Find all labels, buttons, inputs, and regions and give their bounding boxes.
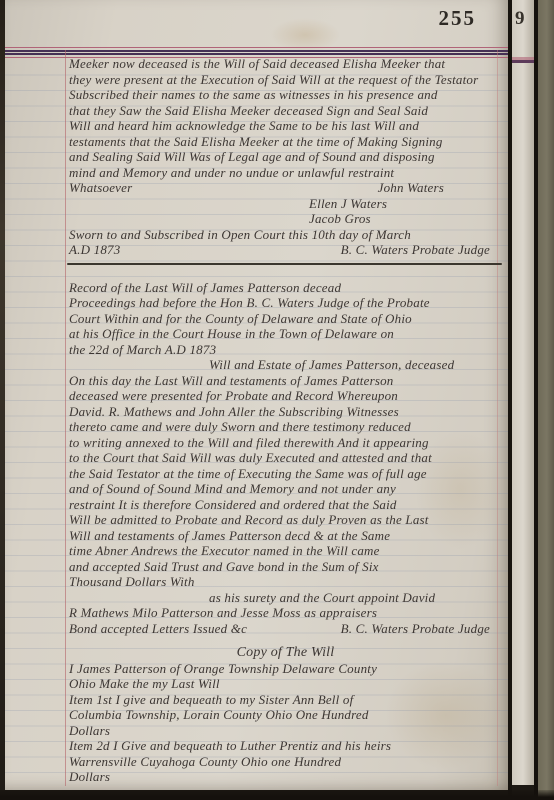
doc-line-text: Subscribed their names to the same as wi… bbox=[69, 87, 438, 102]
doc-line-text: Ellen J Waters bbox=[309, 196, 387, 211]
doc-line-right-text: B. C. Waters Probate Judge bbox=[341, 242, 502, 258]
doc-line-text: Will be admitted to Probate and Record a… bbox=[69, 512, 429, 527]
doc-line: David. R. Mathews and John Aller the Sub… bbox=[69, 404, 502, 420]
doc-line-text: Dollars bbox=[69, 723, 110, 738]
doc-line: time Abner Andrews the Executor named in… bbox=[69, 543, 502, 559]
doc-line: deceased were presented for Probate and … bbox=[69, 388, 502, 404]
doc-line: testaments that the Said Elisha Meeker a… bbox=[69, 134, 502, 150]
doc-line-text: A.D 1873 bbox=[69, 242, 120, 258]
doc-line: Sworn to and Subscribed in Open Court th… bbox=[69, 227, 502, 243]
doc-line-text: On this day the Last Will and testaments… bbox=[69, 373, 394, 388]
doc-line: I James Patterson of Orange Township Del… bbox=[69, 661, 502, 677]
doc-line: that they Saw the Said Elisha Meeker dec… bbox=[69, 103, 502, 119]
doc-line: Warrensville Cuyahoga County Ohio one Hu… bbox=[69, 754, 502, 770]
doc-line: to writing annexed to the Will and filed… bbox=[69, 435, 502, 451]
doc-line: mind and Memory and under no undue or un… bbox=[69, 165, 502, 181]
copy-of-the-will: Copy of The WillI James Patterson of Ora… bbox=[69, 645, 502, 785]
doc-line-text: and of Sound of Sound Mind and Memory an… bbox=[69, 481, 396, 496]
doc-line-text: R Mathews Milo Patterson and Jesse Moss … bbox=[69, 605, 377, 620]
doc-line-text: Warrensville Cuyahoga County Ohio one Hu… bbox=[69, 754, 341, 769]
doc-line-text: David. R. Mathews and John Aller the Sub… bbox=[69, 404, 399, 419]
document-text: Meeker now deceased is the Will of Said … bbox=[69, 56, 502, 785]
doc-line: and of Sound of Sound Mind and Memory an… bbox=[69, 481, 502, 497]
ledger-book: 255 Meeker now deceased is the Will of S… bbox=[0, 0, 554, 800]
doc-line-text: Dollars bbox=[69, 769, 110, 784]
doc-line: Proceedings had before the Hon B. C. Wat… bbox=[69, 295, 502, 311]
doc-line: R Mathews Milo Patterson and Jesse Moss … bbox=[69, 605, 502, 621]
doc-line: as his surety and the Court appoint Davi… bbox=[69, 590, 502, 606]
next-page-sliver: 9 bbox=[512, 0, 534, 785]
doc-line-text: mind and Memory and under no undue or un… bbox=[69, 165, 394, 180]
doc-line: Ellen J Waters bbox=[69, 196, 502, 212]
doc-line-text: Will and testaments of James Patterson d… bbox=[69, 528, 390, 543]
doc-line: Will be admitted to Probate and Record a… bbox=[69, 512, 502, 528]
doc-line-text: Ohio Make the my Last Will bbox=[69, 676, 220, 691]
doc-line: Will and testaments of James Patterson d… bbox=[69, 528, 502, 544]
doc-line: the Said Testator at the time of Executi… bbox=[69, 466, 502, 482]
doc-line-text: the 22d of March A.D 1873 bbox=[69, 342, 216, 357]
doc-line-text: time Abner Andrews the Executor named in… bbox=[69, 543, 380, 558]
doc-line-right-text: John Waters bbox=[378, 180, 502, 196]
doc-line: Meeker now deceased is the Will of Said … bbox=[69, 56, 502, 72]
doc-line-text: Bond accepted Letters Issued &c bbox=[69, 621, 247, 637]
doc-line-text: Court Within and for the County of Delaw… bbox=[69, 311, 412, 326]
doc-line: Subscribed their names to the same as wi… bbox=[69, 87, 502, 103]
doc-line: Dollars bbox=[69, 723, 502, 739]
doc-line-text: Copy of The Will bbox=[237, 645, 335, 660]
doc-line-text: deceased were presented for Probate and … bbox=[69, 388, 398, 403]
doc-line-text: Record of the Last Will of James Patters… bbox=[69, 280, 341, 295]
doc-line-text: Columbia Township, Lorain County Ohio On… bbox=[69, 707, 369, 722]
doc-line-text: Thousand Dollars With bbox=[69, 574, 195, 589]
doc-line: Item 1st I give and bequeath to my Siste… bbox=[69, 692, 502, 708]
doc-line-text: Item 1st I give and bequeath to my Siste… bbox=[69, 692, 353, 707]
doc-line-text: Whatsoever bbox=[69, 180, 132, 196]
doc-line-text: and accepted Said Trust and Gave bond in… bbox=[69, 559, 379, 574]
doc-line: Item 2d I Give and bequeath to Luther Pr… bbox=[69, 738, 502, 754]
doc-line: at his Office in the Court House in the … bbox=[69, 326, 502, 342]
doc-line: to the Court that Said Will was duly Exe… bbox=[69, 450, 502, 466]
doc-line: Record of the Last Will of James Patters… bbox=[69, 280, 502, 296]
doc-line-text: they were present at the Execution of Sa… bbox=[69, 72, 478, 87]
doc-line: restraint It is therefore Considered and… bbox=[69, 497, 502, 513]
doc-line-text: Jacob Gros bbox=[309, 211, 371, 226]
doc-line-text: the Said Testator at the time of Executi… bbox=[69, 466, 427, 481]
doc-line: the 22d of March A.D 1873 bbox=[69, 342, 502, 358]
doc-line: Bond accepted Letters Issued &cB. C. Wat… bbox=[69, 621, 502, 637]
meeker-will-probate-conclusion: Meeker now deceased is the Will of Said … bbox=[69, 56, 502, 258]
doc-line: thereto came and were duly Sworn and the… bbox=[69, 419, 502, 435]
doc-line-text: restraint It is therefore Considered and… bbox=[69, 497, 397, 512]
doc-line-text: that they Saw the Said Elisha Meeker dec… bbox=[69, 103, 428, 118]
section-divider bbox=[67, 263, 502, 265]
ledger-page: 255 Meeker now deceased is the Will of S… bbox=[5, 0, 508, 790]
book-cover-cloth bbox=[538, 0, 554, 800]
page-number: 255 bbox=[439, 6, 477, 31]
doc-line: and Sealing Said Will Was of Legal age a… bbox=[69, 149, 502, 165]
doc-line-text: Proceedings had before the Hon B. C. Wat… bbox=[69, 295, 430, 310]
book-bottom-edge bbox=[0, 790, 554, 800]
doc-line-text: Will and heard him acknowledge the Same … bbox=[69, 118, 419, 133]
doc-line: Dollars bbox=[69, 769, 502, 785]
doc-line-right-text: B. C. Waters Probate Judge bbox=[341, 621, 502, 637]
doc-line-text: thereto came and were duly Sworn and the… bbox=[69, 419, 411, 434]
doc-line-text: Meeker now deceased is the Will of Said … bbox=[69, 56, 445, 71]
doc-line: Ohio Make the my Last Will bbox=[69, 676, 502, 692]
doc-line: and accepted Said Trust and Gave bond in… bbox=[69, 559, 502, 575]
binding-edge-left bbox=[0, 0, 5, 790]
doc-line: they were present at the Execution of Sa… bbox=[69, 72, 502, 88]
left-margin-rule bbox=[65, 50, 66, 786]
doc-line-text: and Sealing Said Will Was of Legal age a… bbox=[69, 149, 435, 164]
doc-line: Thousand Dollars With bbox=[69, 574, 502, 590]
doc-line-text: testaments that the Said Elisha Meeker a… bbox=[69, 134, 443, 149]
next-page-head-rule bbox=[512, 60, 534, 63]
next-page-number-fragment: 9 bbox=[515, 8, 525, 30]
doc-line-text: Will and Estate of James Patterson, dece… bbox=[209, 357, 454, 372]
doc-line: WhatsoeverJohn Waters bbox=[69, 180, 502, 196]
doc-line-text: Item 2d I Give and bequeath to Luther Pr… bbox=[69, 738, 391, 753]
doc-line: Copy of The Will bbox=[69, 645, 502, 661]
doc-line: Will and Estate of James Patterson, dece… bbox=[69, 357, 502, 373]
doc-line: Columbia Township, Lorain County Ohio On… bbox=[69, 707, 502, 723]
doc-line-text: to the Court that Said Will was duly Exe… bbox=[69, 450, 432, 465]
doc-line: Court Within and for the County of Delaw… bbox=[69, 311, 502, 327]
doc-line: A.D 1873B. C. Waters Probate Judge bbox=[69, 242, 502, 258]
doc-line-text: I James Patterson of Orange Township Del… bbox=[69, 661, 377, 676]
doc-line: On this day the Last Will and testaments… bbox=[69, 373, 502, 389]
doc-line-text: as his surety and the Court appoint Davi… bbox=[209, 590, 435, 605]
patterson-will-record: Record of the Last Will of James Patters… bbox=[69, 280, 502, 637]
doc-line: Will and heard him acknowledge the Same … bbox=[69, 118, 502, 134]
doc-line-text: Sworn to and Subscribed in Open Court th… bbox=[69, 227, 411, 242]
doc-line-text: to writing annexed to the Will and filed… bbox=[69, 435, 429, 450]
doc-line: Jacob Gros bbox=[69, 211, 502, 227]
doc-line-text: at his Office in the Court House in the … bbox=[69, 326, 394, 341]
